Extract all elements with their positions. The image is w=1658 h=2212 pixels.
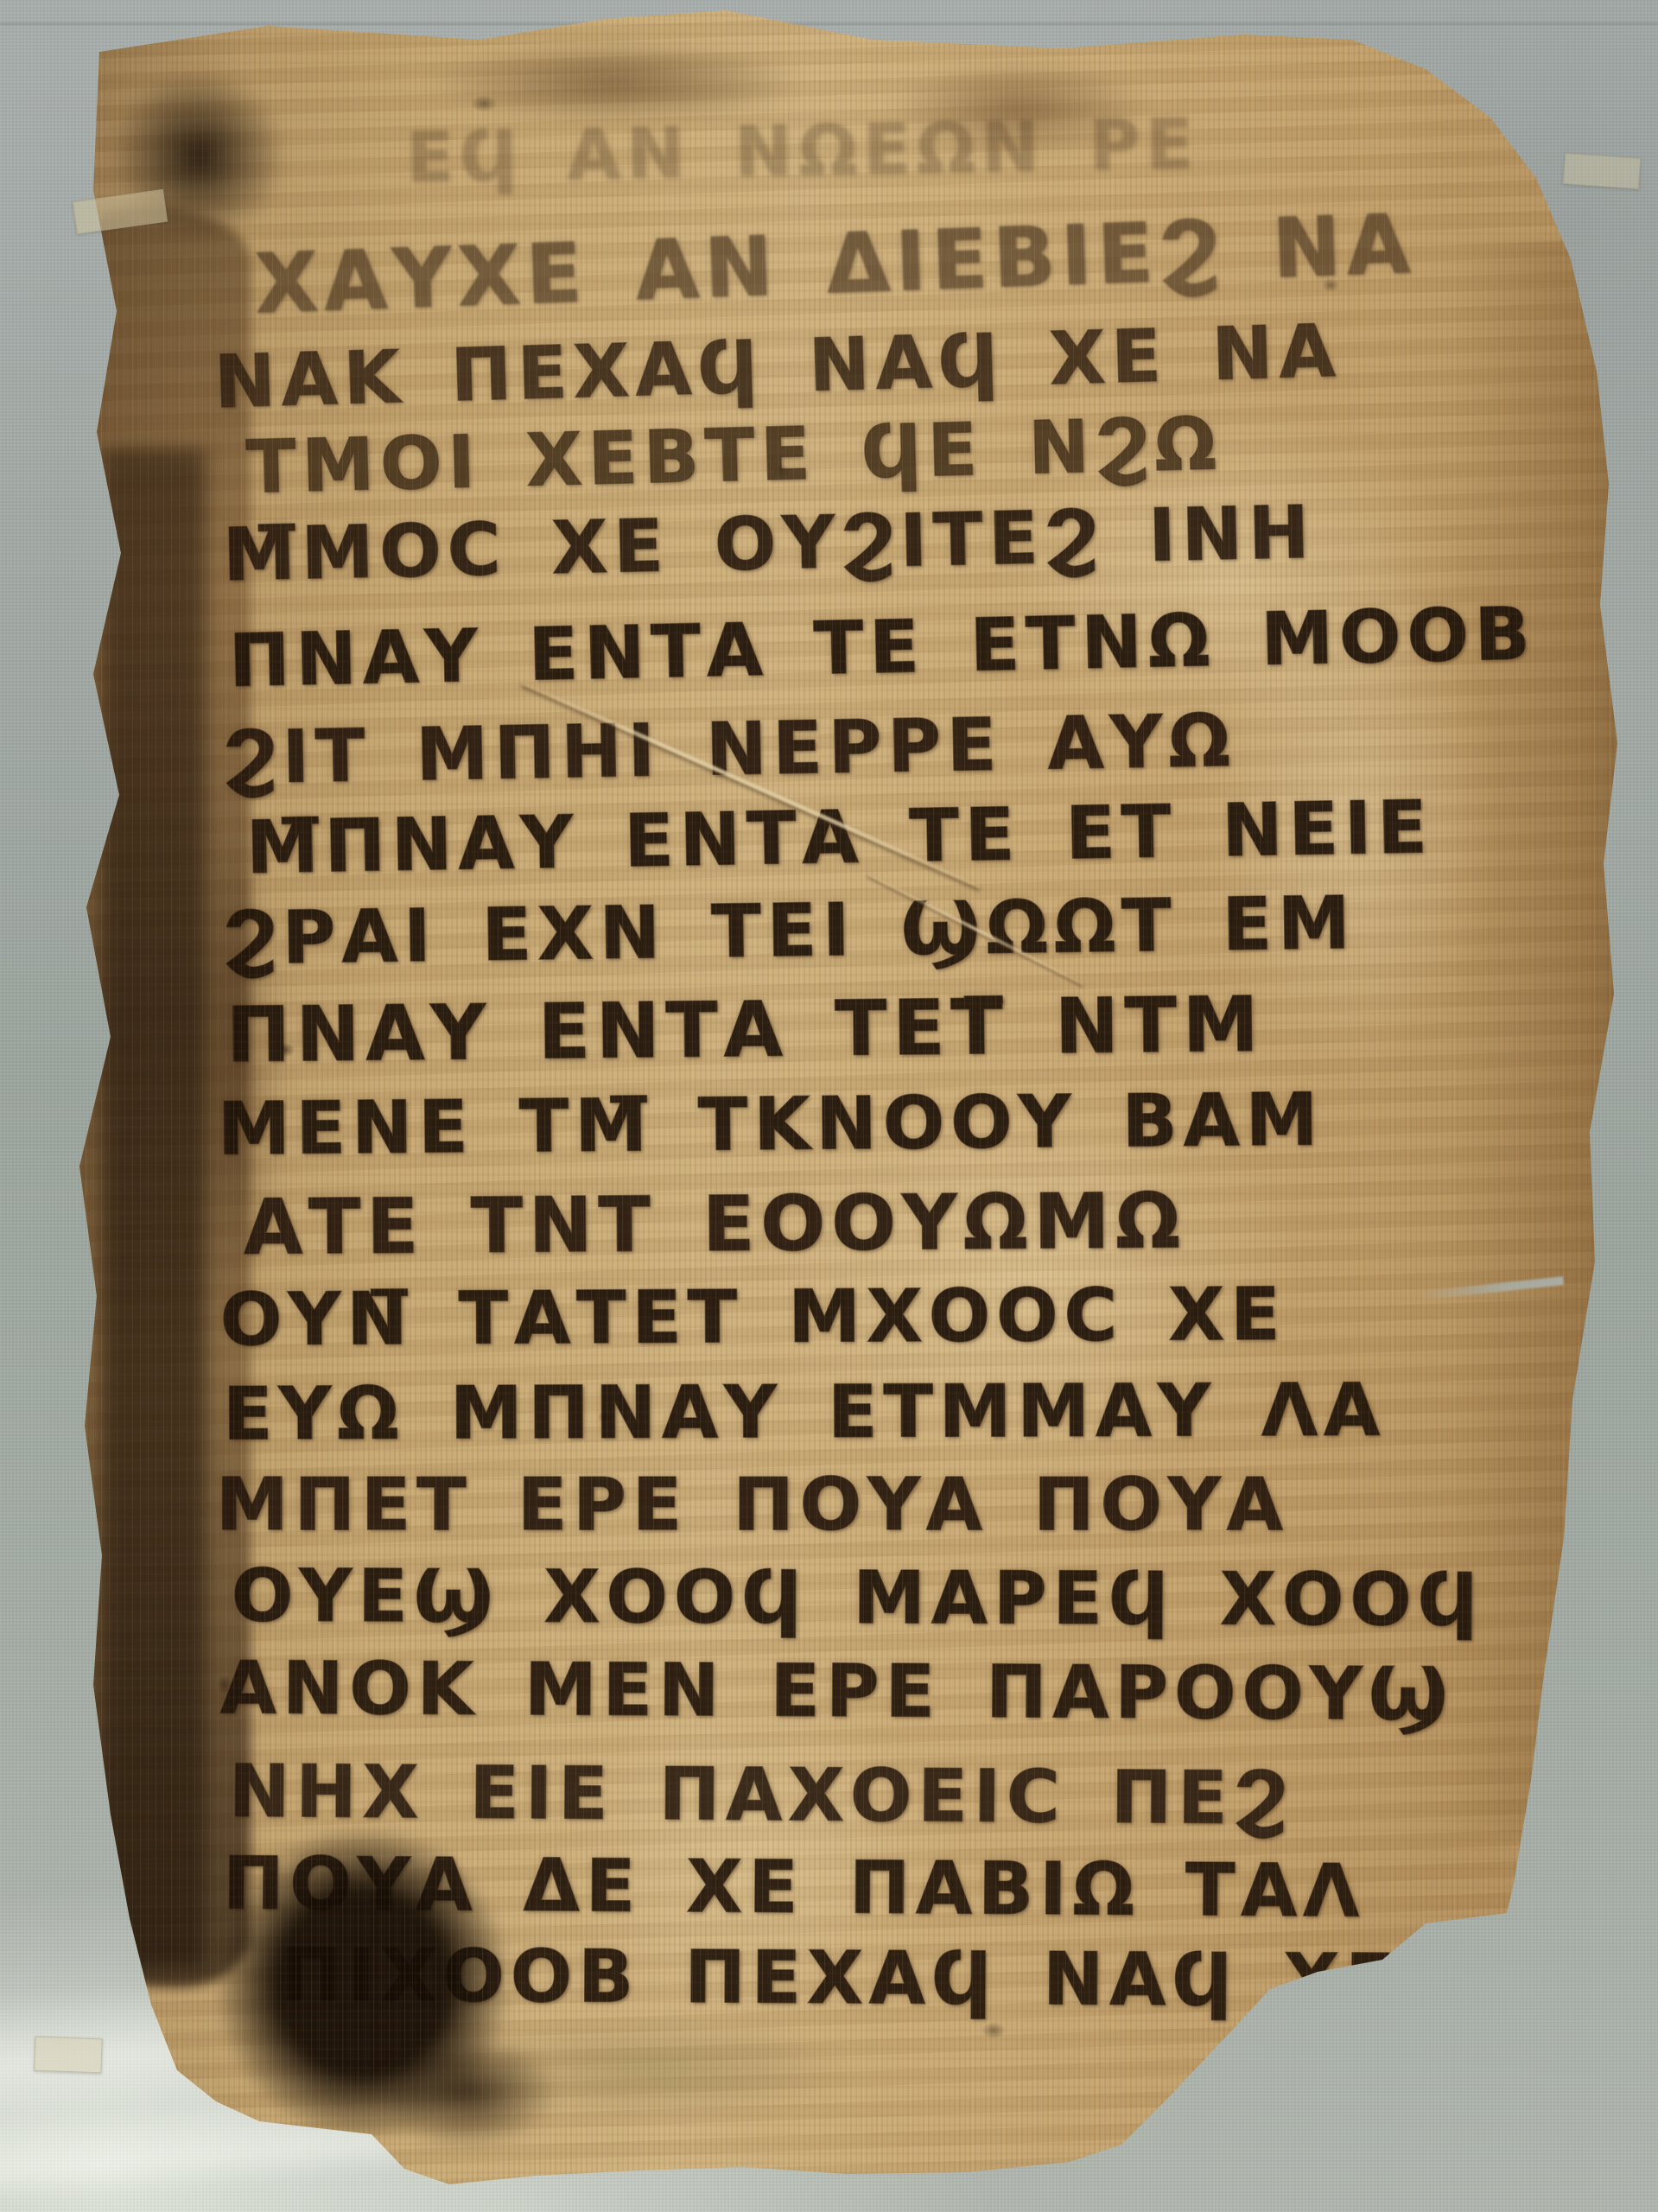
text-line-14: ΕΥΩ ΜΠΝΑΥ ΕΤΜΜΑΥ ΛΑ [223,1368,1386,1457]
text-line-16: ΟΥΕϢ ΧΟΟϤ ΜΑΡΕϤ ΧΟΟϤ [232,1553,1484,1642]
text-line-20: ΠΙΧΟΟΒ ΠΕΧΑϤ ΝΑϤ ΧΕ [281,1933,1401,2024]
photo-container: ΕϤ ΑΝ ΝΩΕΩΝ ΡΕΧΑΥΧΕ ΑΝ ΔΙΕΒΙΕϨ ΝΑΝΑΚ ΠΕΧ… [0,0,1658,2212]
glass-seam-top [0,22,1658,26]
tape-strip-bottom-left [34,2037,102,2074]
text-line-12: ΑΤΕ ΤΝΤ ΕΟΟΥΩΜΩ [244,1176,1187,1272]
text-line-19: ΠΟΥΑ ΔΕ ΧΕ ΠΑΒΙΩ ΤΑΛ [223,1840,1366,1933]
text-line-7: ϨΙΤ ΜΠΗΙ ΝΕΡΡΕ ΑΥΩ [222,698,1236,800]
text-line-10: ΠΝΑΥ ΕΝΤΑ ΤΕΤ̅ ΝΤΜ [226,980,1264,1080]
text-line-15: ΜΠΕΤ ΕΡΕ ΠΟΥΑ ΠΟΥΑ [216,1462,1289,1547]
text-line-17: ΑΝΟΚ ΜΕΝ ΕΡΕ ΠΑΡΟΟΥϢ [220,1645,1454,1736]
text-line-9: ϨΡΑΙ ΕΧΝ ΤΕΙ ϢΩΩΤ ΕΜ [222,880,1356,981]
text-line-8: Μ̅ΠΝΑΥ ΕΝΤΑ ΤΕ ΕΤ ΝΕΙΕ [245,785,1433,890]
text-line-1: ΕϤ ΑΝ ΝΩΕΩΝ ΡΕ [405,104,1199,198]
text-line-6: ΠΝΑΥ ΕΝΤΑ ΤΕ ΕΤΝΩ ΜΟΟΒ [228,591,1537,703]
text-line-11: ΜΕΝΕ ΤΜ̅ ΤΚΝΟΟΥ ΒΑΜ [218,1077,1324,1171]
tape-strip-right [1563,153,1641,189]
papyrus-fragment: ΕϤ ΑΝ ΝΩΕΩΝ ΡΕΧΑΥΧΕ ΑΝ ΔΙΕΒΙΕϨ ΝΑΝΑΚ ΠΕΧ… [0,0,1658,2212]
text-line-18: ΝΗΧ ΕΙΕ ΠΑΧΟΕΙC ΠΕϨ [229,1749,1293,1841]
text-line-13: ΟΥΝ̅ ΤΑΤΕΤ ΜΧΟΟC ΧΕ [220,1272,1286,1362]
text-layer: ΕϤ ΑΝ ΝΩΕΩΝ ΡΕΧΑΥΧΕ ΑΝ ΔΙΕΒΙΕϨ ΝΑΝΑΚ ΠΕΧ… [0,0,1658,2212]
